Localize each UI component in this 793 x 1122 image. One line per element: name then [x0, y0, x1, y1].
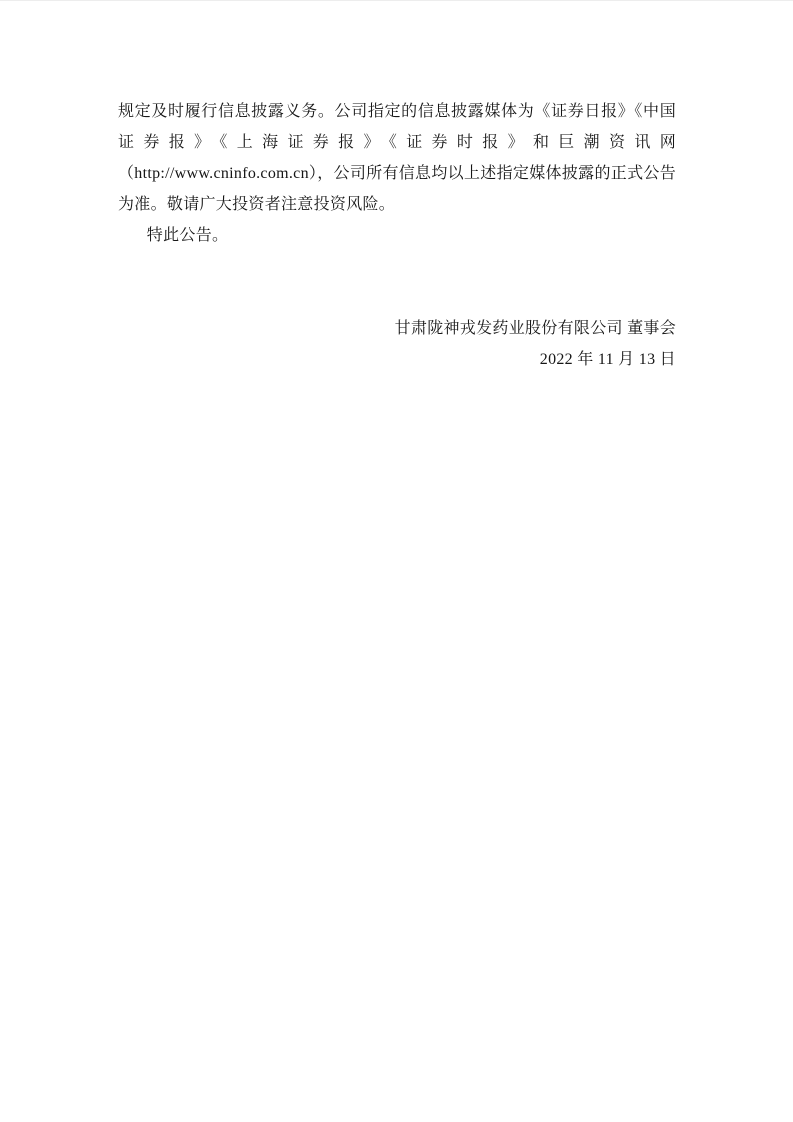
closing-statement: 特此公告。: [118, 220, 676, 251]
signature-block: 甘肃陇神戎发药业股份有限公司 董事会 2022 年 11 月 13 日: [118, 313, 676, 375]
signature-date-line: 2022 年 11 月 13 日: [118, 344, 676, 375]
signature-company-line: 甘肃陇神戎发药业股份有限公司 董事会: [118, 313, 676, 344]
announcement-page: 规定及时履行信息披露义务。公司指定的信息披露媒体为《证券日报》《中国证券报》《上…: [0, 0, 793, 1122]
disclosure-paragraph: 规定及时履行信息披露义务。公司指定的信息披露媒体为《证券日报》《中国证券报》《上…: [118, 96, 676, 220]
